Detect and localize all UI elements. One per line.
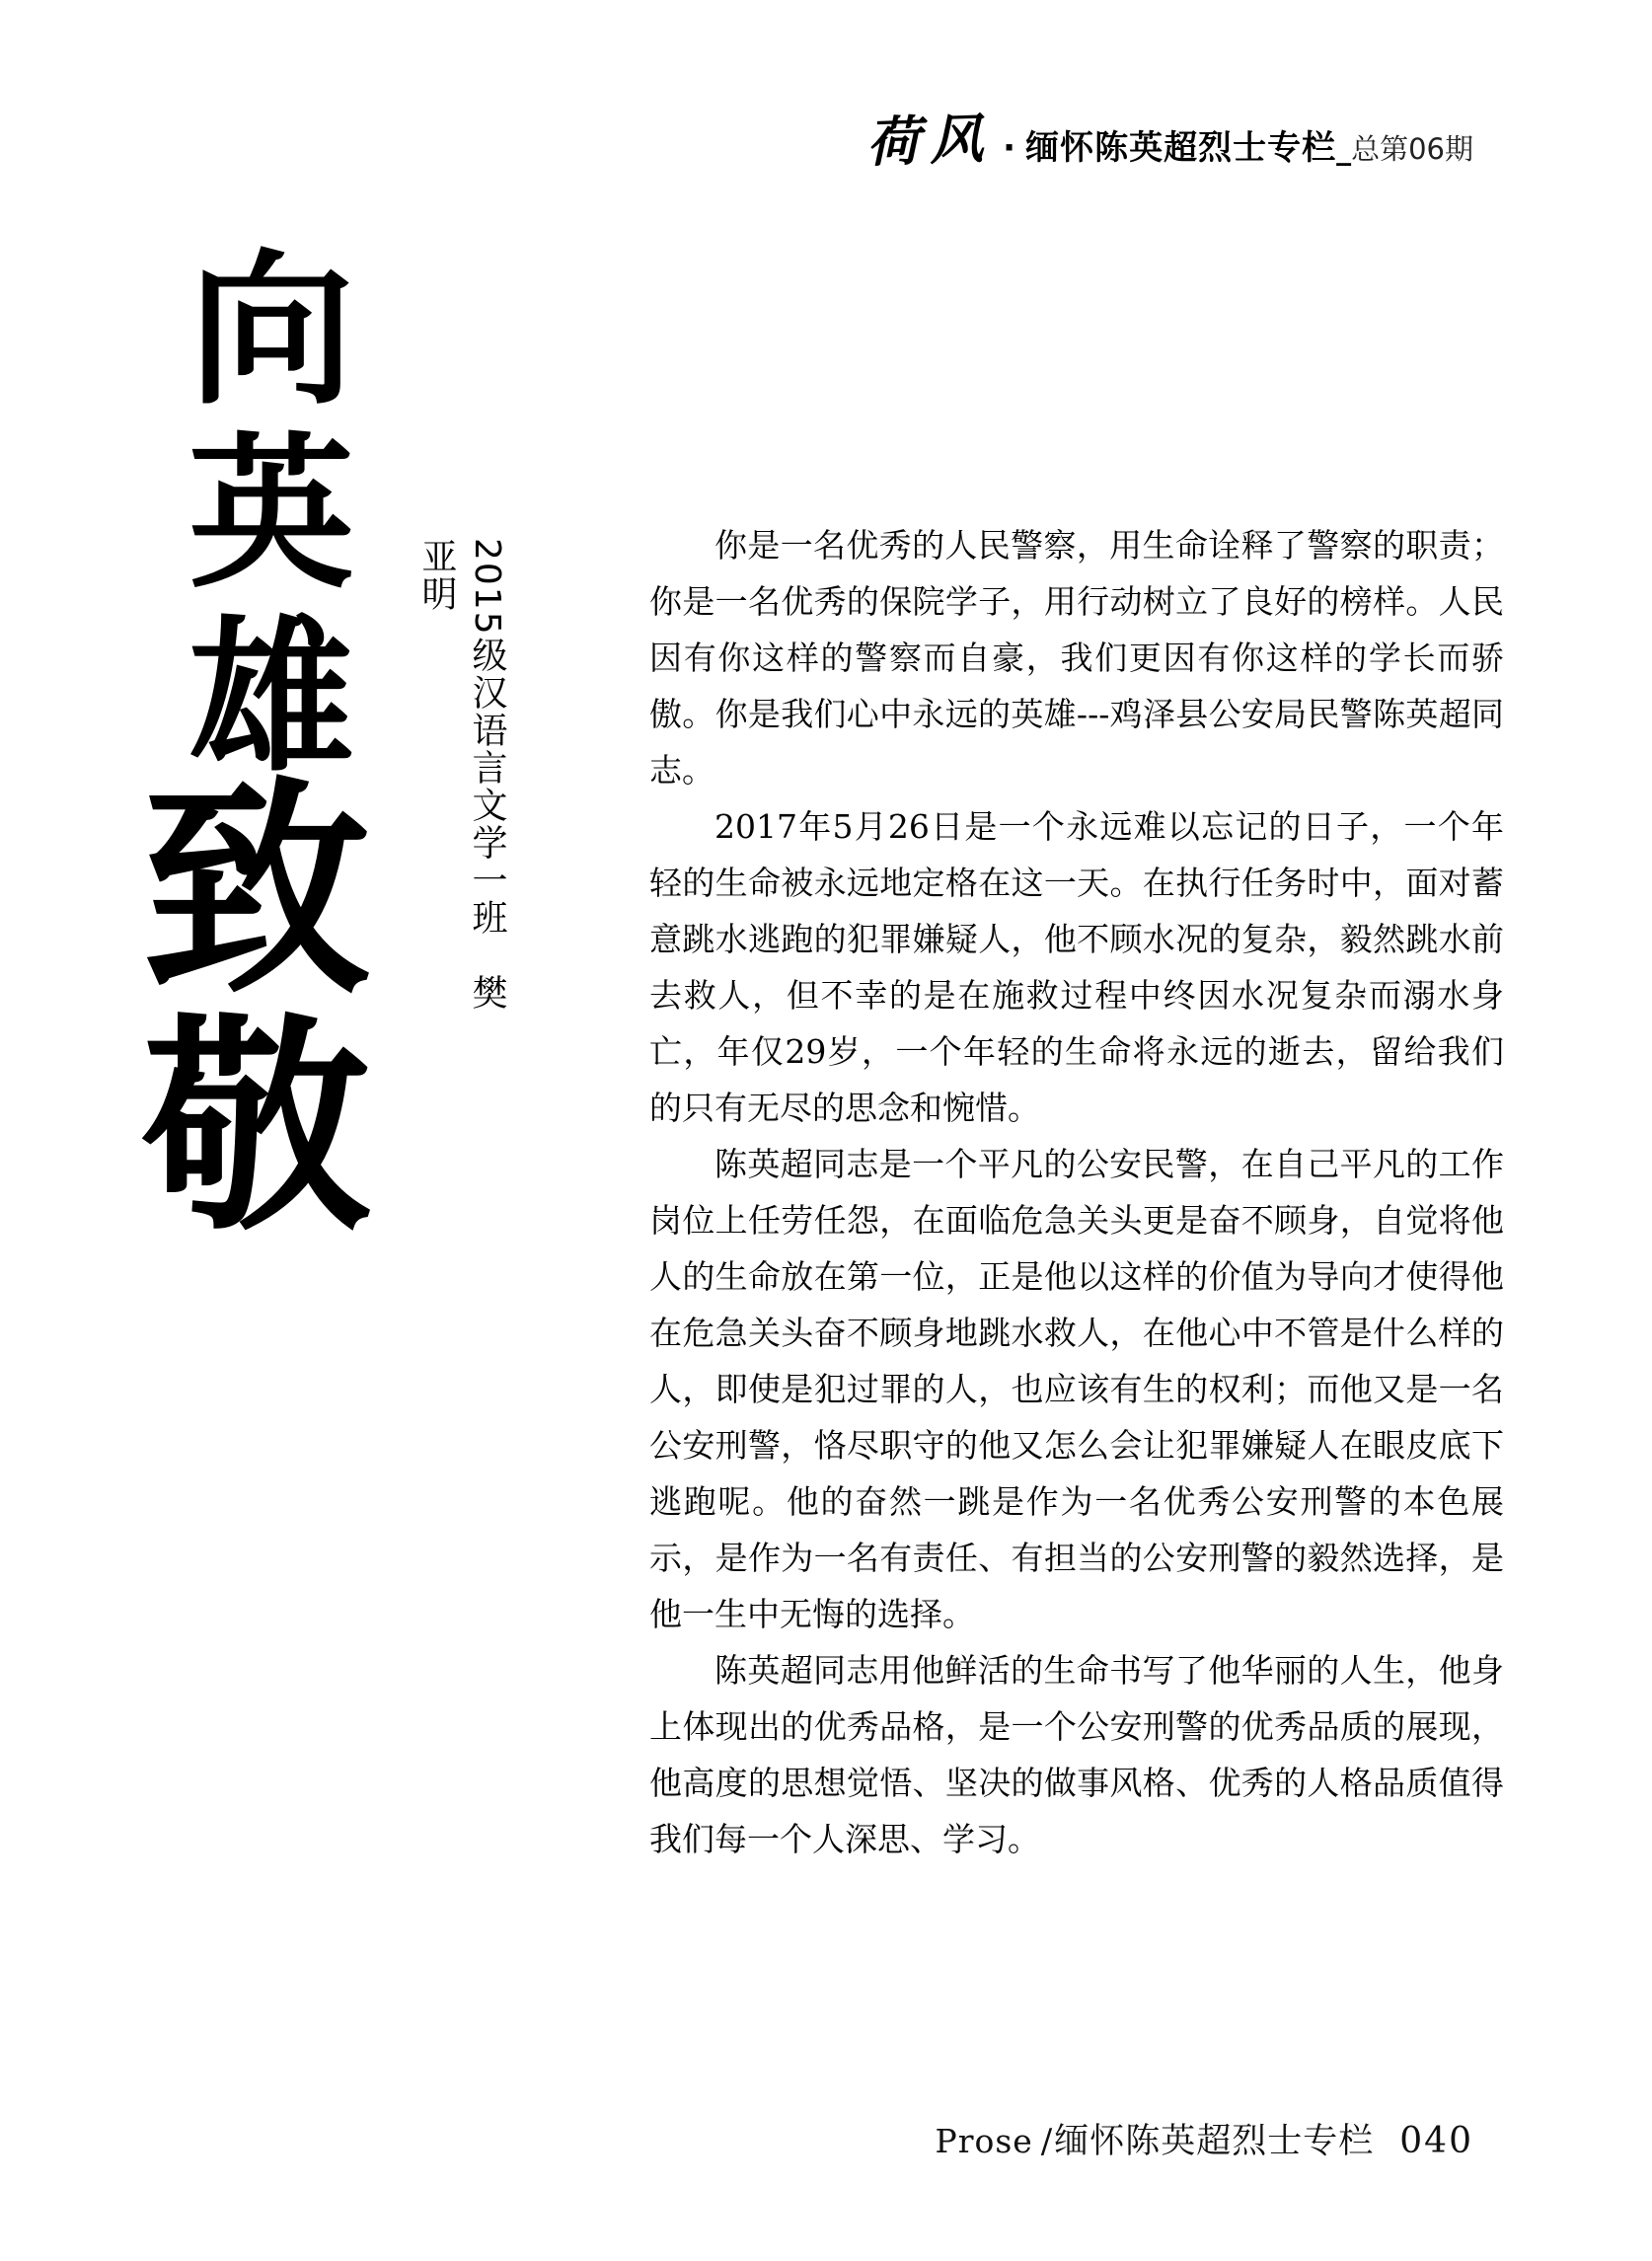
footer-page-number: 040 (1399, 2121, 1473, 2161)
footer-genre: Prose (935, 2122, 1032, 2160)
byline: 2015级汉语言文学一班 樊亚明 (412, 538, 512, 1012)
article-body: 你是一名优秀的人民警察，用生命诠释了警察的职责；你是一名优秀的保院学子，用行动树… (649, 517, 1504, 1867)
magazine-page: 荷风 · 缅怀陈英超烈士专栏 _ 总第06期 向 英 雄 致 敬 2015级汉语… (0, 0, 1652, 2261)
header-column-title: 缅怀陈英超烈士专栏 (1025, 120, 1336, 169)
title-char-1: 向 (188, 247, 354, 413)
title-char-5: 敬 (142, 1013, 371, 1242)
header-issue-separator: _ (1336, 132, 1351, 167)
magazine-logo: 荷风 (865, 97, 995, 177)
article-paragraph: 你是一名优秀的人民警察，用生命诠释了警察的职责；你是一名优秀的保院学子，用行动树… (649, 517, 1504, 798)
article-paragraph: 陈英超同志用他鲜活的生命书写了他华丽的人生，他身上体现出的优秀品格，是一个公安刑… (649, 1642, 1504, 1867)
article-paragraph: 2017年5月26日是一个永远难以忘记的日子，一个年轻的生命被永远地定格在这一天… (649, 798, 1504, 1136)
title-char-4: 致 (142, 776, 371, 1005)
title-char-2: 英 (188, 430, 354, 596)
header-issue-number: 总第06期 (1351, 127, 1473, 168)
article-title: 向 英 雄 致 敬 (0, 0, 454, 1332)
page-footer: Prose / 缅怀陈英超烈士专栏 040 (935, 2114, 1473, 2163)
article-paragraph: 陈英超同志是一个平凡的公安民警，在自己平凡的工作岗位上任劳任怨，在面临危急关头更… (649, 1136, 1504, 1642)
page-header: 荷风 · 缅怀陈英超烈士专栏 _ 总第06期 (866, 99, 1473, 175)
footer-column-title: 缅怀陈英超烈士专栏 (1054, 2114, 1374, 2163)
header-separator-dot: · (1003, 128, 1015, 168)
footer-separator: / (1041, 2122, 1052, 2161)
